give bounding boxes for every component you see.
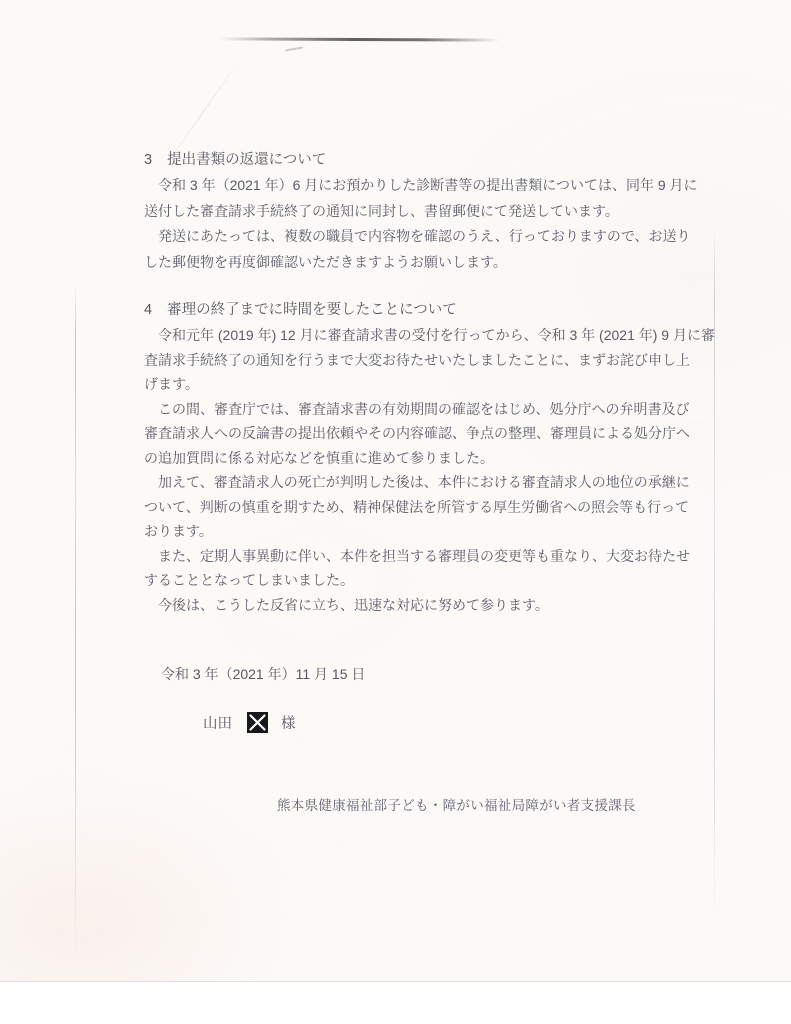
section-title: 審理の終了までに時間を要したことについて — [167, 297, 457, 323]
section-number: 4 — [144, 297, 152, 323]
section-body-text: 令和元年 (2019 年) 12 月に審査請求書の受付を行ってから、令和 3 年… — [144, 323, 704, 617]
addressee-line: 山田 様 — [203, 712, 296, 733]
text-line: 審査請求人への反論書の提出依頼やその内容確認、争点の整理、審理員による処分庁へ — [144, 421, 704, 446]
text-line: 査請求手続終了の通知を行うまで大変お待たせいたしましたことに、まずお詫び申し上 — [144, 348, 704, 373]
text-line: した郵便物を再度御確認いただきますようお願いします。 — [144, 250, 704, 276]
addressee-honorific: 様 — [281, 712, 296, 733]
text-line: 加えて、審査請求人の死亡が判明した後は、本件における審査請求人の地位の承継に — [144, 470, 704, 495]
text-line: の追加質問に係る対応などを慎重に進めて参りました。 — [144, 446, 704, 471]
text-line: 送付した審査請求手続終了の通知に同封し、書留郵便にて発送しています。 — [144, 199, 704, 225]
section-body-text: 令和 3 年（2021 年）6 月にお預かりした診断書等の提出書類については、同… — [144, 173, 704, 275]
section-time-taken: 4 審理の終了までに時間を要したことについて 令和元年 (2019 年) 12 … — [144, 297, 704, 617]
text-line: 令和元年 (2019 年) 12 月に審査請求書の受付を行ってから、令和 3 年… — [144, 323, 704, 348]
paper-crease-left — [75, 283, 76, 963]
section-returned-documents: 3 提出書類の返還について 令和 3 年（2021 年）6 月にお預かりした診断… — [144, 147, 704, 275]
text-line: おります。 — [144, 519, 704, 544]
text-line: 発送にあたっては、複数の職員で内容物を確認のうえ、行っておりますので、お送り — [144, 224, 704, 250]
text-line: 今後は、こうした反省に立ち、迅速な対応に努めて参ります。 — [144, 593, 704, 618]
text-line: 令和 3 年（2021 年）6 月にお預かりした診断書等の提出書類については、同… — [144, 173, 704, 199]
section-heading: 3 提出書類の返還について — [144, 147, 704, 173]
text-line: ついて、判断の慎重を期すため、精神保健法を所管する厚生労働省への照会等も行って — [144, 495, 704, 520]
sender-signature: 熊本県健康福祉部子ども・障がい福祉局障がい者支援課長 — [277, 794, 636, 814]
document-date: 令和 3 年（2021 年）11 月 15 日 — [161, 664, 365, 684]
section-title: 提出書類の返還について — [167, 147, 326, 173]
text-line: この間、審査庁では、審査請求書の有効期間の確認をはじめ、処分庁への弁明書及び — [144, 397, 704, 422]
text-line: また、定期人事異動に伴い、本件を担当する審理員の変更等も重なり、大変お待たせ — [144, 544, 704, 569]
section-heading: 4 審理の終了までに時間を要したことについて — [144, 297, 704, 323]
redaction-mark — [247, 712, 268, 733]
text-line: げます。 — [144, 372, 704, 397]
scan-smudge-mark — [285, 46, 303, 51]
scan-edge-shadow — [220, 37, 500, 41]
text-line: することとなってしまいました。 — [144, 568, 704, 593]
section-number: 3 — [144, 147, 152, 173]
scanned-paper-sheet: 3 提出書類の返還について 令和 3 年（2021 年）6 月にお預かりした診断… — [0, 0, 791, 982]
addressee-name: 山田 — [203, 712, 232, 733]
